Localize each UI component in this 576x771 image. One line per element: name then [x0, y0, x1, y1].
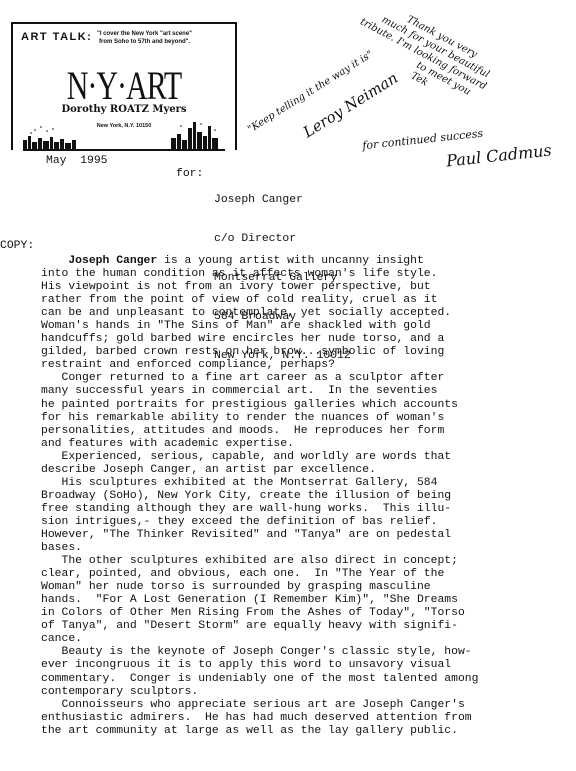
letterhead-author-name: Dorothy ROATZ Myers [13, 104, 235, 115]
body-line: the art community at large as well as th… [41, 725, 571, 738]
body-line: hands. "For A Lost Generation (I Remembe… [41, 594, 571, 607]
body-line: handcuffs; gold barbed wire encircles he… [41, 333, 571, 346]
body-line: sion intrigues,- they exceed the definit… [41, 516, 571, 529]
body-line: restraint and enforced compliance, perha… [41, 359, 571, 372]
body-line: Beauty is the keynote of Joseph Conger's… [41, 646, 571, 659]
body-line: many successful years in commercial art.… [41, 385, 571, 398]
skyline-right-icon [171, 118, 221, 150]
article-body: Joseph Canger is a young artist with unc… [41, 255, 571, 738]
address-line: c/o Director [214, 233, 351, 246]
recipient-for-label: for: [176, 168, 203, 181]
body-line: and features with academic expertise. [41, 438, 571, 451]
quote-line-1: "I cover the New York "art scene" [97, 30, 233, 38]
letterhead-rule [23, 149, 225, 151]
body-line: free standing although they are wall-hun… [41, 503, 571, 516]
letter-date: May 1995 [46, 155, 108, 168]
body-line: commentary. Conger is undeniably one of … [41, 673, 571, 686]
quote-line-2: from Soho to 57th and beyond". [97, 38, 233, 46]
body-line: However, "The Thinker Revisited" and "Ta… [41, 529, 571, 542]
body-line: His viewpoint is not from an ivory tower… [41, 281, 571, 294]
body-line: cance. [41, 633, 571, 646]
body-line: for his remarkable ability to render the… [41, 412, 571, 425]
body-line: clear, pointed, and obvious, each one. I… [41, 568, 571, 581]
body-line: Experienced, serious, capable, and world… [41, 451, 571, 464]
body-line: rather from the point of view of cold re… [41, 294, 571, 307]
artist-name-bold: Joseph Canger [68, 255, 157, 267]
letterhead: ART TALK: "I cover the New York "art sce… [11, 22, 237, 150]
body-line: of Tanya", and "Desert Storm" are equall… [41, 620, 571, 633]
body-line: gilded, barbed crown rests on her brow..… [41, 346, 571, 359]
body-line: Connoisseurs who appreciate serious art … [41, 699, 571, 712]
handwritten-thanks-note: Thank you very much for your beautiful t… [382, 14, 500, 114]
body-line: he painted portraits for prestigious gal… [41, 399, 571, 412]
body-line: describe Joseph Canger, an artist par ex… [41, 464, 571, 477]
body-line: Woman" her nude torso is surrounded by g… [41, 581, 571, 594]
copy-label: COPY: [0, 240, 34, 253]
body-line: enthusiastic admirers. He has had much d… [41, 712, 571, 725]
nyart-logo: N·Y·ART [13, 68, 235, 106]
body-line: Woman's hands in "The Sins of Man" are s… [41, 320, 571, 333]
body-line: can be and unpleasant to contemplate, ye… [41, 307, 571, 320]
letterhead-quote: "I cover the New York "art scene" from S… [97, 30, 233, 46]
signature-paul-cadmus: Paul Cadmus [445, 141, 552, 171]
body-line: The other sculptures exhibited are also … [41, 555, 571, 568]
body-line: contemporary sculptors. [41, 686, 571, 699]
body-line: Conger returned to a fine art career as … [41, 372, 571, 385]
body-line: into the human condition as it affects w… [41, 268, 571, 281]
body-line: bases. [41, 542, 571, 555]
skyline-left-icon [23, 124, 79, 150]
signature-leroy-neiman: Leroy Neiman [300, 69, 401, 141]
body-line: Broadway (SoHo), New York City, create t… [41, 490, 571, 503]
address-line: Joseph Canger [214, 194, 351, 207]
body-line: in Colors of Other Men Rising From the A… [41, 607, 571, 620]
letterhead-label: ART TALK: [21, 31, 92, 43]
body-line: personalities, attitudes and moods. He r… [41, 425, 571, 438]
body-line: His sculptures exhibited at the Montserr… [41, 477, 571, 490]
body-line: ever incongruous it is to apply this wor… [41, 659, 571, 672]
body-line: Joseph Canger is a young artist with unc… [41, 255, 571, 268]
